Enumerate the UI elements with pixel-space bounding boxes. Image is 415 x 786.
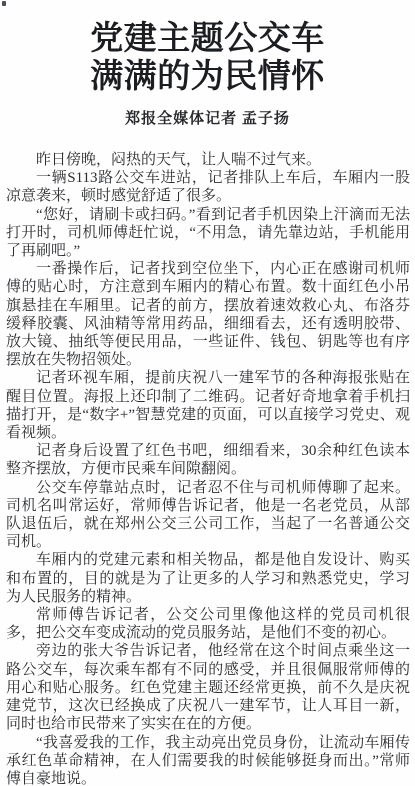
- article-paragraph: “我喜爱我的工作，我主动亮出党员身份，让流动车厢传承红色革命精神，在人们需要我的…: [6, 734, 410, 786]
- newspaper-article-page: 党建主题公交车 满满的为民情怀 郑报全媒体记者 孟子扬 昨日傍晚，闷热的天气，让…: [0, 0, 415, 786]
- headline-line-2: 满满的为民情怀: [0, 57, 415, 95]
- article-paragraph: 车厢内的党建元素和相关物品，都是他自发设计、购买和布置的，目的就是为了让更多的人…: [6, 551, 410, 606]
- article-paragraph: “您好，请刷卡或扫码。”看到记者手机因染上汗滴而无法打开时，司机师傅赶忙说，“不…: [6, 206, 410, 261]
- article-body: 昨日傍晚，闷热的天气，让人喘不过气来。 一辆S113路公交车进站，记者排队上车后…: [6, 151, 410, 786]
- scan-artifact: [2, 1, 6, 6]
- article-paragraph: 公交车停靠站点时，记者忍不住与司机师傅聊了起来。司机名叫常运好，常师傅告诉记者，…: [6, 479, 410, 552]
- headline-line-1: 党建主题公交车: [0, 19, 415, 57]
- article-paragraph: 记者身后设置了红色书吧，细细看来，30余种红色读本整齐摆放，方便市民乘车间隙翻阅…: [6, 442, 410, 478]
- article-paragraph: 常师傅告诉记者，公交公司里像他这样的党员司机很多，把公交车变成流动的党员服务站，…: [6, 606, 410, 642]
- article-paragraph: 一辆S113路公交车进站，记者排队上车后，车厢内一股凉意袭来，顿时感觉舒适了很多…: [6, 169, 410, 205]
- article-byline: 郑报全媒体记者 孟子扬: [0, 107, 415, 128]
- article-headline: 党建主题公交车 满满的为民情怀: [0, 19, 415, 95]
- article-paragraph: 昨日傍晚，闷热的天气，让人喘不过气来。: [6, 151, 410, 169]
- article-paragraph: 记者环视车厢，提前庆祝八一建军节的各种海报张贴在醒目位置。海报上还印制了二维码。…: [6, 369, 410, 442]
- article-paragraph: 一番操作后，记者找到空位坐下，内心正在感谢司机师傅的贴心时，方注意到车厢内的精心…: [6, 260, 410, 369]
- article-paragraph: 旁边的张大爷告诉记者，他经常在这个时间点乘坐这一路公交车，每次乘车都有不同的感受…: [6, 642, 410, 733]
